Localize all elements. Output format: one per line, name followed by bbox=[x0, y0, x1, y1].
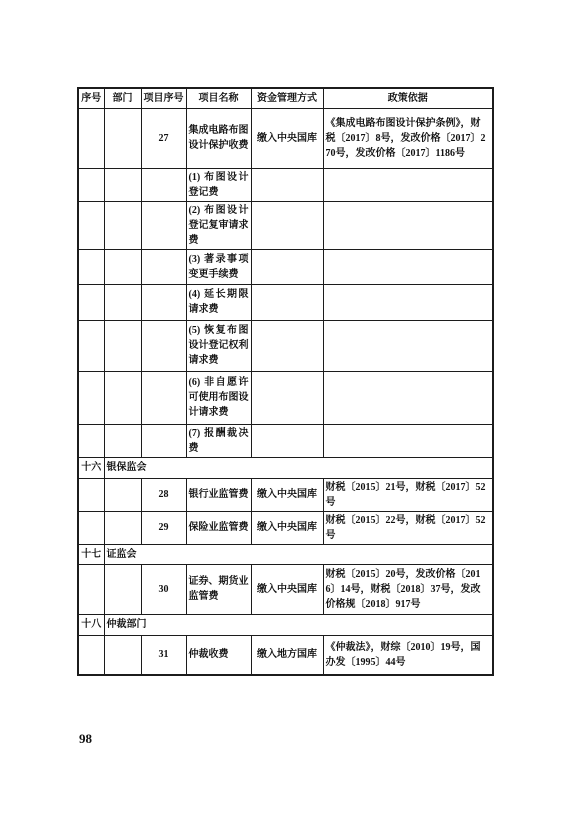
cell-dept bbox=[104, 320, 141, 371]
cell-fund bbox=[251, 371, 323, 424]
cell-dept bbox=[104, 424, 141, 457]
cell-seq bbox=[141, 168, 186, 201]
cell-seq: 31 bbox=[141, 635, 186, 675]
cell-dept bbox=[104, 564, 141, 614]
table-row-subitem-6: (6) 非自愿许可使用布图设计请求费 bbox=[78, 371, 493, 424]
cell-seq: 28 bbox=[141, 478, 186, 511]
cell-fund bbox=[251, 320, 323, 371]
cell-name: (5) 恢复布图设计登记权利请求费 bbox=[186, 320, 251, 371]
cell-dept bbox=[104, 371, 141, 424]
table-row-subitem-4: (4) 延长期限请求费 bbox=[78, 284, 493, 320]
cell-dept bbox=[104, 168, 141, 201]
cell-seq bbox=[141, 371, 186, 424]
cell-name: (4) 延长期限请求费 bbox=[186, 284, 251, 320]
cell-seq bbox=[141, 320, 186, 371]
table-row-subitem-3: (3) 著录事项变更手续费 bbox=[78, 249, 493, 284]
table-row-item-27: 27 集成电路布图设计保护收费 缴入中央国库 《集成电路布图设计保护条例》，财税… bbox=[78, 108, 493, 168]
cell-policy bbox=[323, 371, 493, 424]
cell-fund bbox=[251, 249, 323, 284]
cell-no bbox=[78, 201, 104, 249]
cell-fund: 缴入地方国库 bbox=[251, 635, 323, 675]
cell-seq bbox=[141, 201, 186, 249]
table-row-subitem-7: (7) 报酬裁决费 bbox=[78, 424, 493, 457]
header-fund: 资金管理方式 bbox=[251, 88, 323, 108]
cell-no bbox=[78, 511, 104, 544]
section-number-cell: 十八 bbox=[78, 614, 104, 635]
document-page: 序号 部门 项目序号 项目名称 资金管理方式 政策依据 27 集成电路布图设计保… bbox=[0, 0, 570, 816]
section-title-cell: 银保监会 bbox=[104, 457, 493, 478]
cell-no bbox=[78, 168, 104, 201]
cell-dept bbox=[104, 511, 141, 544]
cell-policy bbox=[323, 424, 493, 457]
cell-fund bbox=[251, 424, 323, 457]
cell-no bbox=[78, 320, 104, 371]
fee-table: 序号 部门 项目序号 项目名称 资金管理方式 政策依据 27 集成电路布图设计保… bbox=[77, 87, 494, 676]
page-number: 98 bbox=[79, 731, 92, 747]
table-header-row: 序号 部门 项目序号 项目名称 资金管理方式 政策依据 bbox=[78, 88, 493, 108]
table-row-item-30: 30 证券、期货业监管费 缴入中央国库 财税〔2015〕20号，发改价格〔201… bbox=[78, 564, 493, 614]
header-no: 序号 bbox=[78, 88, 104, 108]
cell-policy: 《仲裁法》，财综〔2010〕19号，国办发〔1995〕44号 bbox=[323, 635, 493, 675]
cell-name: (3) 著录事项变更手续费 bbox=[186, 249, 251, 284]
cell-seq bbox=[141, 284, 186, 320]
cell-name: 银行业监管费 bbox=[186, 478, 251, 511]
cell-fund bbox=[251, 168, 323, 201]
table-row-item-28: 28 银行业监管费 缴入中央国库 财税〔2015〕21号，财税〔2017〕52号 bbox=[78, 478, 493, 511]
cell-policy bbox=[323, 249, 493, 284]
section-row-16: 十六 银保监会 bbox=[78, 457, 493, 478]
section-title-cell: 仲裁部门 bbox=[104, 614, 493, 635]
header-seq: 项目序号 bbox=[141, 88, 186, 108]
cell-dept bbox=[104, 635, 141, 675]
cell-policy bbox=[323, 168, 493, 201]
cell-name: 仲裁收费 bbox=[186, 635, 251, 675]
section-number-cell: 十七 bbox=[78, 544, 104, 564]
header-policy: 政策依据 bbox=[323, 88, 493, 108]
cell-name: (6) 非自愿许可使用布图设计请求费 bbox=[186, 371, 251, 424]
cell-no bbox=[78, 635, 104, 675]
cell-policy bbox=[323, 201, 493, 249]
cell-seq: 27 bbox=[141, 108, 186, 168]
cell-seq bbox=[141, 424, 186, 457]
cell-name: 保险业监管费 bbox=[186, 511, 251, 544]
cell-fund: 缴入中央国库 bbox=[251, 564, 323, 614]
table-row-subitem-5: (5) 恢复布图设计登记权利请求费 bbox=[78, 320, 493, 371]
cell-policy: 财税〔2015〕22号，财税〔2017〕52号 bbox=[323, 511, 493, 544]
cell-name: (2) 布图设计登记复审请求费 bbox=[186, 201, 251, 249]
cell-no bbox=[78, 424, 104, 457]
section-row-18: 十八 仲裁部门 bbox=[78, 614, 493, 635]
cell-fund bbox=[251, 284, 323, 320]
table-row-item-29: 29 保险业监管费 缴入中央国库 财税〔2015〕22号，财税〔2017〕52号 bbox=[78, 511, 493, 544]
cell-policy: 财税〔2015〕20号，发改价格〔2016〕14号，财税〔2018〕37号，发改… bbox=[323, 564, 493, 614]
cell-name: 证券、期货业监管费 bbox=[186, 564, 251, 614]
cell-no bbox=[78, 249, 104, 284]
cell-no bbox=[78, 371, 104, 424]
cell-seq: 29 bbox=[141, 511, 186, 544]
cell-policy bbox=[323, 284, 493, 320]
header-dept: 部门 bbox=[104, 88, 141, 108]
table-row-subitem-1: (1) 布图设计登记费 bbox=[78, 168, 493, 201]
cell-dept bbox=[104, 201, 141, 249]
cell-fund: 缴入中央国库 bbox=[251, 108, 323, 168]
cell-dept bbox=[104, 478, 141, 511]
cell-name: (7) 报酬裁决费 bbox=[186, 424, 251, 457]
table-row-item-31: 31 仲裁收费 缴入地方国库 《仲裁法》，财综〔2010〕19号，国办发〔199… bbox=[78, 635, 493, 675]
cell-no bbox=[78, 478, 104, 511]
cell-dept bbox=[104, 108, 141, 168]
cell-seq bbox=[141, 249, 186, 284]
cell-fund: 缴入中央国库 bbox=[251, 478, 323, 511]
cell-name: 集成电路布图设计保护收费 bbox=[186, 108, 251, 168]
section-title-cell: 证监会 bbox=[104, 544, 493, 564]
section-number-cell: 十六 bbox=[78, 457, 104, 478]
cell-dept bbox=[104, 284, 141, 320]
cell-seq: 30 bbox=[141, 564, 186, 614]
cell-policy: 财税〔2015〕21号，财税〔2017〕52号 bbox=[323, 478, 493, 511]
table-row-subitem-2: (2) 布图设计登记复审请求费 bbox=[78, 201, 493, 249]
section-row-17: 十七 证监会 bbox=[78, 544, 493, 564]
cell-no bbox=[78, 284, 104, 320]
header-name: 项目名称 bbox=[186, 88, 251, 108]
cell-policy bbox=[323, 320, 493, 371]
cell-policy: 《集成电路布图设计保护条例》，财税〔2017〕8号，发改价格〔2017〕270号… bbox=[323, 108, 493, 168]
cell-no bbox=[78, 564, 104, 614]
cell-dept bbox=[104, 249, 141, 284]
cell-name: (1) 布图设计登记费 bbox=[186, 168, 251, 201]
cell-fund bbox=[251, 201, 323, 249]
cell-no bbox=[78, 108, 104, 168]
cell-fund: 缴入中央国库 bbox=[251, 511, 323, 544]
